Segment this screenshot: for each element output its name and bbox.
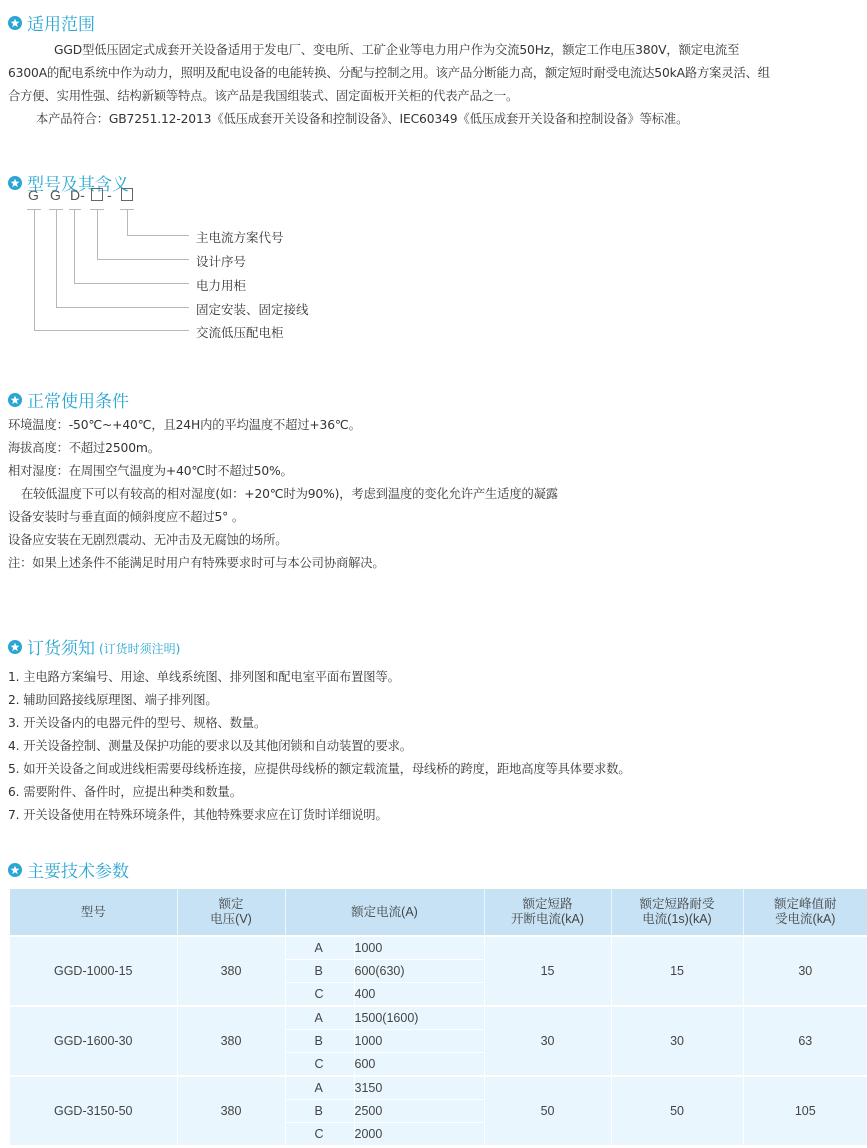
underline [69, 209, 81, 210]
condition-line: 相对湿度：在周围空气温度为+40℃时不超过50%。 [8, 460, 558, 483]
connector-line [74, 210, 75, 283]
cell-current: 1500(1600) [354, 1006, 484, 1030]
cell-breaking: 50 [484, 1076, 611, 1145]
code-dash: - [107, 187, 112, 203]
header-current: 额定电流(A) [285, 889, 484, 936]
conditions-list: 环境温度：-50℃~+40℃，且24H内的平均温度不超过+36℃。 海拔高度：不… [8, 414, 558, 575]
section-subtitle: (订货时须注明) [99, 640, 180, 657]
cell-withstand: 50 [611, 1076, 743, 1145]
cell-grade: C [285, 983, 354, 1007]
ordering-list: 1. 主电路方案编号、用途、单线系统图、排列图和配电室平面布置图等。 2. 辅助… [8, 666, 631, 827]
section-title: 正常使用条件 [27, 387, 129, 412]
cell-peak: 63 [743, 1006, 867, 1076]
meaning-ac-lv-cabinet: 交流低压配电柜 [196, 323, 284, 341]
ordering-item: 3. 开关设备内的电器元件的型号、规格、数量。 [8, 712, 631, 735]
cell-breaking: 30 [484, 1006, 611, 1076]
section-heading-specs: 主要技术参数 [8, 857, 129, 882]
star-circle-icon [8, 16, 22, 30]
connector-line [127, 210, 128, 235]
connector-line [74, 283, 189, 284]
condition-line: 在较低温度下可以有较高的相对湿度(如：+20℃时为90%)，考虑到温度的变化允许… [8, 483, 558, 506]
model-code-diagram: G G D- - 主电流方案代号 设计序号 电力用柜 固定安装、固定接线 交流低… [0, 185, 400, 350]
condition-line: 设备应安装在无剧烈震动、无冲击及无腐蚀的场所。 [8, 529, 558, 552]
ordering-item: 6. 需要附件、备件时，应提出种类和数量。 [8, 781, 631, 804]
scope-line: GGD型低压固定式成套开关设备适用于发电厂、变电所、工矿企业等电力用户作为交流5… [8, 39, 864, 62]
header-breaking: 额定短路开断电流(kA) [484, 889, 611, 936]
cell-grade: A [285, 936, 354, 960]
cell-grade: A [285, 1006, 354, 1030]
cell-withstand: 15 [611, 936, 743, 1006]
spec-table: 型号 额定电压(V) 额定电流(A) 额定短路开断电流(kA) 额定短路耐受电流… [10, 889, 867, 1145]
table-row: GGD-1600-30 380 A 1500(1600) 30 30 63 [10, 1006, 867, 1030]
meaning-scheme-code: 主电流方案代号 [196, 228, 284, 246]
placeholder-box-icon [121, 188, 133, 201]
cell-current: 400 [354, 983, 484, 1007]
condition-line: 注：如果上述条件不能满足时用户有特殊要求时可与本公司协商解决。 [8, 552, 558, 575]
cell-grade: A [285, 1076, 354, 1100]
header-voltage: 额定电压(V) [177, 889, 285, 936]
connector-line [56, 210, 57, 307]
ordering-item: 2. 辅助回路接线原理图、端子排列图。 [8, 689, 631, 712]
cell-model: GGD-3150-50 [10, 1076, 177, 1145]
cell-model: GGD-1000-15 [10, 936, 177, 1006]
cell-voltage: 380 [177, 1006, 285, 1076]
section-title: 主要技术参数 [27, 857, 129, 882]
cell-peak: 30 [743, 936, 867, 1006]
cell-current: 600(630) [354, 960, 484, 983]
cell-withstand: 30 [611, 1006, 743, 1076]
cell-voltage: 380 [177, 936, 285, 1006]
meaning-power-cabinet: 电力用柜 [196, 276, 246, 294]
connector-line [56, 307, 189, 308]
cell-current: 2000 [354, 1123, 484, 1146]
cell-model: GGD-1600-30 [10, 1006, 177, 1076]
star-circle-icon [8, 393, 22, 407]
ordering-item: 7. 开关设备使用在特殊环境条件，其他特殊要求应在订货时详细说明。 [8, 804, 631, 827]
code-letter-g2: G [50, 187, 61, 203]
cell-grade: B [285, 1030, 354, 1053]
cell-breaking: 15 [484, 936, 611, 1006]
cell-current: 3150 [354, 1076, 484, 1100]
table-header-row: 型号 额定电压(V) 额定电流(A) 额定短路开断电流(kA) 额定短路耐受电流… [10, 889, 867, 936]
meaning-design-serial: 设计序号 [196, 252, 246, 270]
cell-grade: C [285, 1123, 354, 1146]
condition-line: 设备安装时与垂直面的倾斜度应不超过5° 。 [8, 506, 558, 529]
code-box-design [91, 187, 103, 203]
connector-line [34, 210, 35, 330]
cell-grade: C [285, 1053, 354, 1077]
cell-current: 1000 [354, 1030, 484, 1053]
cell-grade: B [285, 1100, 354, 1123]
cell-current: 2500 [354, 1100, 484, 1123]
section-title: 订货须知 [27, 634, 95, 659]
cell-current: 600 [354, 1053, 484, 1077]
section-heading-conditions: 正常使用条件 [8, 387, 129, 412]
table-row: GGD-1000-15 380 A 1000 15 15 30 [10, 936, 867, 960]
connector-line [97, 259, 189, 260]
ordering-item: 4. 开关设备控制、测量及保护功能的要求以及其他闭锁和自动装置的要求。 [8, 735, 631, 758]
cell-grade: B [285, 960, 354, 983]
connector-line [34, 330, 189, 331]
scope-line: 合方便、实用性强、结构新颖等特点。该产品是我国组装式、固定面板开关柜的代表产品之… [8, 85, 864, 108]
section-heading-scope: 适用范围 [8, 10, 95, 35]
star-circle-icon [8, 640, 22, 654]
table-row: GGD-3150-50 380 A 3150 50 50 105 [10, 1076, 867, 1100]
cell-current: 1000 [354, 936, 484, 960]
code-box-scheme [121, 187, 133, 203]
meaning-fixed-install: 固定安装、固定接线 [196, 300, 309, 318]
star-circle-icon [8, 863, 22, 877]
connector-line [127, 235, 189, 236]
header-peak: 额定峰值耐受电流(kA) [743, 889, 867, 936]
scope-paragraph: GGD型低压固定式成套开关设备适用于发电厂、变电所、工矿企业等电力用户作为交流5… [8, 39, 864, 131]
section-title: 适用范围 [27, 10, 95, 35]
condition-line: 环境温度：-50℃~+40℃，且24H内的平均温度不超过+36℃。 [8, 414, 558, 437]
code-letter-g1: G [28, 187, 39, 203]
header-withstand: 额定短路耐受电流(1s)(kA) [611, 889, 743, 936]
connector-line [97, 210, 98, 259]
condition-line: 海拔高度：不超过2500m。 [8, 437, 558, 460]
scope-line: 6300A的配电系统中作为动力，照明及配电设备的电能转换、分配与控制之用。该产品… [8, 62, 864, 85]
cell-voltage: 380 [177, 1076, 285, 1145]
code-letter-d: D- [70, 187, 85, 203]
header-model: 型号 [10, 889, 177, 936]
scope-line: 本产品符合：GB7251.12-2013《低压成套开关设备和控制设备》、IEC6… [8, 108, 864, 131]
ordering-item: 5. 如开关设备之间或进线柜需要母线桥连接，应提供母线桥的额定载流量，母线桥的跨… [8, 758, 631, 781]
placeholder-box-icon [91, 188, 103, 201]
section-heading-ordering: 订货须知 (订货时须注明) [8, 634, 180, 659]
cell-peak: 105 [743, 1076, 867, 1145]
ordering-item: 1. 主电路方案编号、用途、单线系统图、排列图和配电室平面布置图等。 [8, 666, 631, 689]
